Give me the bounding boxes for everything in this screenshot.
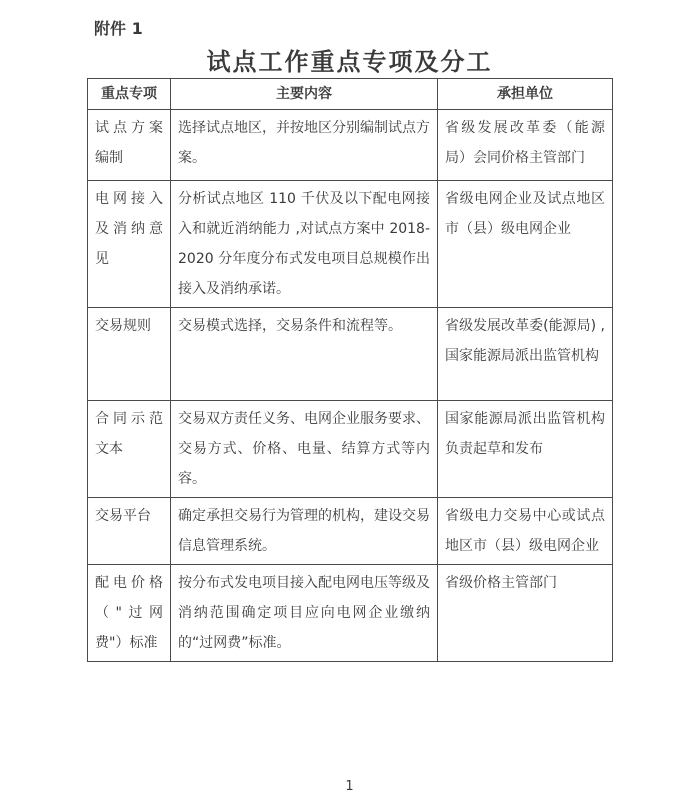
table-row: 交易规则 交易模式选择，交易条件和流程等。 省级发展改革委(能源局) ,国家能源… <box>88 308 613 401</box>
cell-unit: 省级价格主管部门 <box>438 565 613 662</box>
table-row: 交易平台 确定承担交易行为管理的机构，建设交易信息管理系统。 省级电力交易中心或… <box>88 498 613 565</box>
cell-project: 交易规则 <box>88 308 171 401</box>
cell-unit: 国家能源局派出监管机构负责起草和发布 <box>438 401 613 498</box>
attachment-label: 附件 1 <box>94 16 143 39</box>
cell-project: 电网接入及消纳意见 <box>88 181 171 308</box>
column-header-content: 主要内容 <box>171 79 438 110</box>
table-row: 电网接入及消纳意见 分析试点地区 110 千伏及以下配电网接入和就近消纳能力 ,… <box>88 181 613 308</box>
cell-project: 试点方案编制 <box>88 110 171 181</box>
page-title: 试点工作重点专项及分工 <box>0 42 699 77</box>
table-row: 配电价格（"过网费"）标准 按分布式发电项目接入配电网电压等级及消纳范围确定项目… <box>88 565 613 662</box>
cell-project: 合同示范文本 <box>88 401 171 498</box>
cell-content: 交易模式选择，交易条件和流程等。 <box>171 308 438 401</box>
cell-unit: 省级发展改革委（能源局）会同价格主管部门 <box>438 110 613 181</box>
cell-project: 配电价格（"过网费"）标准 <box>88 565 171 662</box>
table-header-row: 重点专项 主要内容 承担单位 <box>88 79 613 110</box>
document-page: 附件 1 试点工作重点专项及分工 重点专项 主要内容 承担单位 试点方案编制 选… <box>0 0 699 808</box>
table-row: 合同示范文本 交易双方责任义务、电网企业服务要求、交易方式、价格、电量、结算方式… <box>88 401 613 498</box>
cell-unit: 省级电力交易中心或试点地区市（县）级电网企业 <box>438 498 613 565</box>
table-row: 试点方案编制 选择试点地区，并按地区分别编制试点方案。 省级发展改革委（能源局）… <box>88 110 613 181</box>
column-header-project: 重点专项 <box>88 79 171 110</box>
cell-content: 交易双方责任义务、电网企业服务要求、交易方式、价格、电量、结算方式等内容。 <box>171 401 438 498</box>
cell-unit: 省级发展改革委(能源局) ,国家能源局派出监管机构 <box>438 308 613 401</box>
cell-content: 选择试点地区，并按地区分别编制试点方案。 <box>171 110 438 181</box>
cell-project: 交易平台 <box>88 498 171 565</box>
page-number: 1 <box>0 779 699 794</box>
assignments-table: 重点专项 主要内容 承担单位 试点方案编制 选择试点地区，并按地区分别编制试点方… <box>87 78 613 662</box>
column-header-unit: 承担单位 <box>438 79 613 110</box>
cell-content: 按分布式发电项目接入配电网电压等级及消纳范围确定项目应向电网企业缴纳的“过网费”… <box>171 565 438 662</box>
cell-content: 分析试点地区 110 千伏及以下配电网接入和就近消纳能力 ,对试点方案中 201… <box>171 181 438 308</box>
cell-content: 确定承担交易行为管理的机构，建设交易信息管理系统。 <box>171 498 438 565</box>
cell-unit: 省级电网企业及试点地区市（县）级电网企业 <box>438 181 613 308</box>
